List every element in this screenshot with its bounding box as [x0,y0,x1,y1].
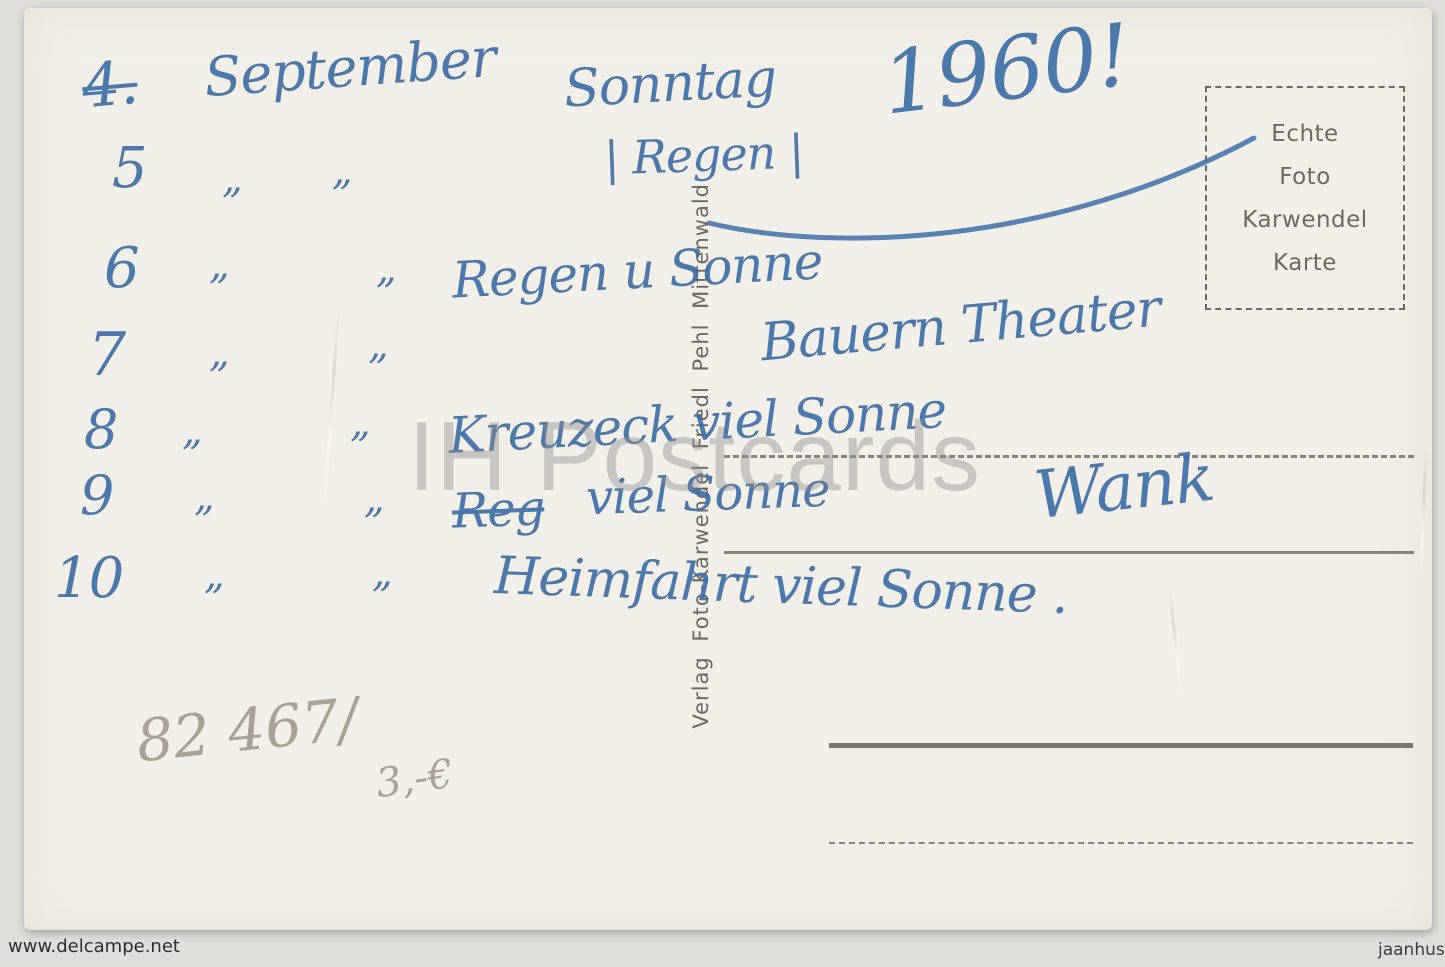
note-day6: Regen u Sonne [451,232,824,309]
ditto-mark: „ [364,476,384,522]
day-number-6: 6 [104,236,139,301]
ditto-mark: „ [376,246,396,292]
address-line-3 [829,743,1413,748]
delcampe-watermark: www.delcampe.net [8,936,180,957]
stamp-box-line: Foto [1279,164,1331,190]
handwriting-rain-note: | Regen | [603,125,804,186]
ih-postcards-watermark: IH Postcards [408,400,981,513]
ditto-mark: „ [368,322,388,368]
day-number-4: 4. [79,48,140,123]
ditto-mark: „ [182,408,202,454]
crease-mark [1168,588,1182,698]
note-day7: Bauern Theater [758,279,1163,374]
jaanhus-watermark: jaanhus [1378,940,1445,960]
address-line-2 [724,551,1414,554]
crease-mark [1420,448,1428,578]
ditto-mark: „ [222,156,242,202]
address-line-4 [829,842,1413,844]
handwriting-month: September [202,26,497,109]
stamp-box-line: Echte [1271,121,1338,147]
note-day10: Heimfahrt viel Sonne . [493,546,1069,626]
ditto-mark: „ [332,148,352,194]
ditto-mark: „ [194,474,214,520]
handwriting-weekday: Sonntag [563,48,778,119]
ditto-mark: „ [372,550,392,596]
postcard-scan: Echte Foto Karwendel Karte Verlag Foto-K… [0,0,1445,967]
pencil-catalog-number: 82 467/ [133,685,361,776]
note-day9-wank: Wank [1030,439,1217,534]
day-number-5: 5 [112,136,147,201]
day-number-10: 10 [54,546,123,611]
pencil-price: 3,-€ [373,751,456,807]
day-number-9: 9 [80,464,113,527]
crease-mark [323,308,340,508]
day-number-7: 7 [88,320,125,390]
day-number-8: 8 [84,398,117,461]
ditto-mark: „ [204,552,224,598]
stamp-box-line: Karte [1273,250,1337,276]
handwriting-year: 1960! [877,5,1136,135]
ditto-mark: „ [209,330,229,376]
ditto-mark: „ [209,242,229,288]
ditto-mark: „ [350,400,370,446]
